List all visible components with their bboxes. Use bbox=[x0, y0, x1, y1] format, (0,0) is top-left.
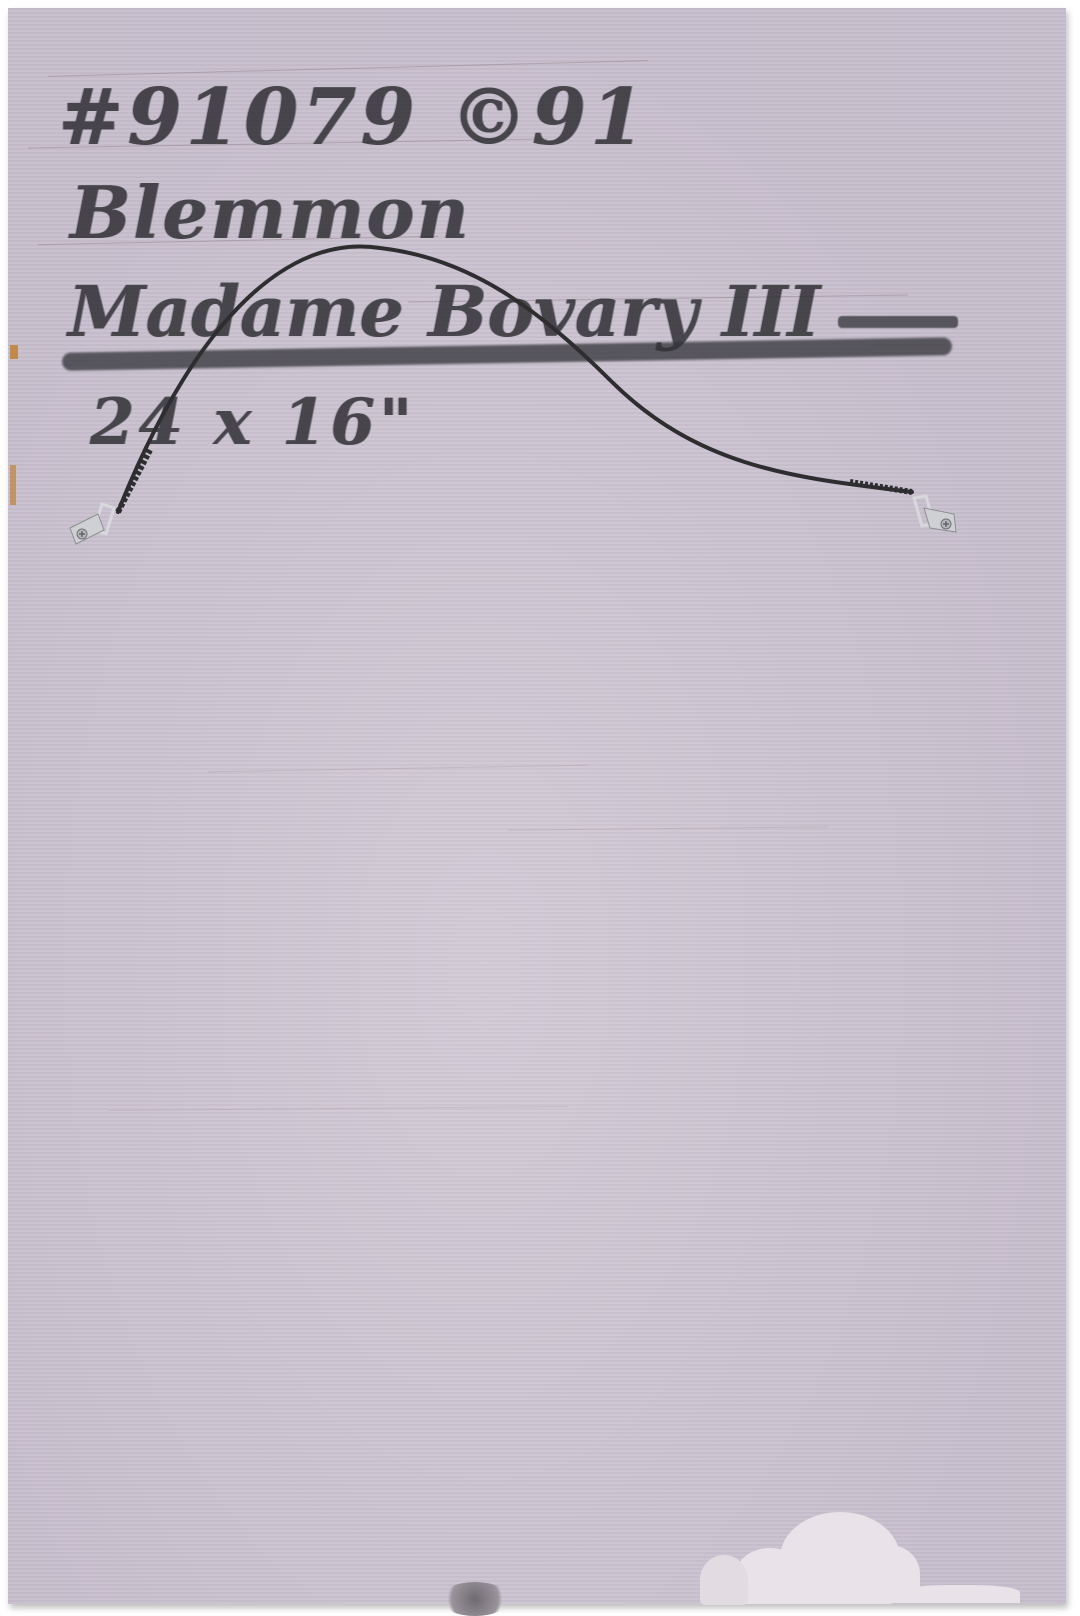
d-ring-hanger-right-icon bbox=[910, 494, 970, 544]
hanging-wire bbox=[0, 0, 1080, 1616]
wood-knot bbox=[440, 1582, 510, 1616]
white-paint-drip bbox=[700, 1555, 748, 1605]
d-ring-hanger-left-icon bbox=[62, 500, 122, 550]
white-paint-drip bbox=[900, 1585, 1020, 1603]
